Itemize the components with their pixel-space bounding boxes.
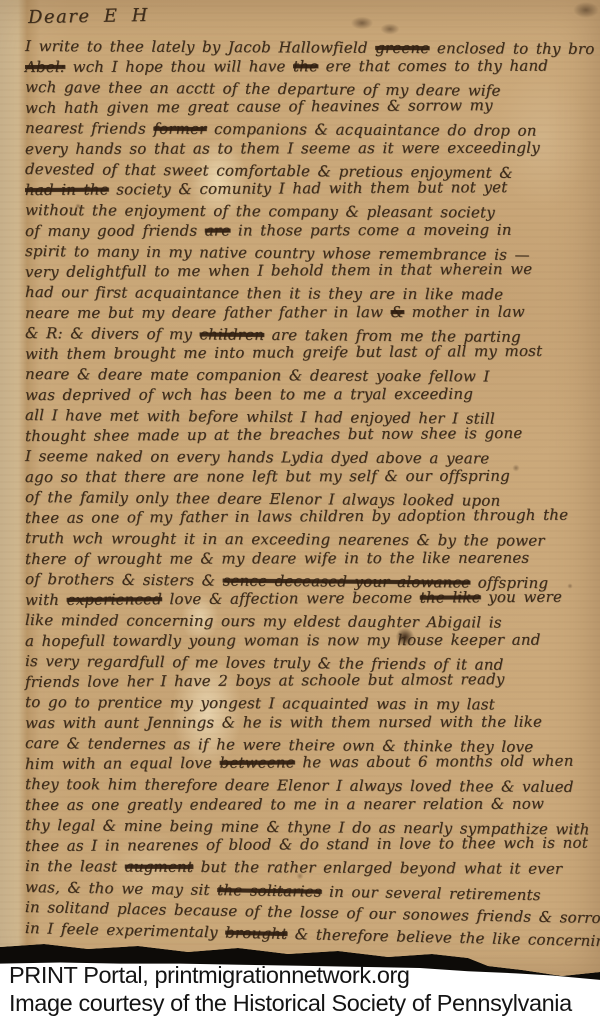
letter-paper: Deare E H I write to thee lately by Jaco… <box>0 0 600 980</box>
letter-text: very delightfull to me when I behold the… <box>25 259 532 280</box>
letter-text: neare me but my deare father father in l… <box>25 303 391 322</box>
letter-text: companions & acquaintance do drop on <box>207 120 537 140</box>
letter-line: thee as I in nearenes of blood & do stan… <box>25 832 597 856</box>
letter-text: neare & deare mate companion & dearest y… <box>25 365 490 385</box>
struck-text: the solitaries <box>217 881 322 901</box>
letter-line: a hopefull towardly young woman is now m… <box>25 629 597 651</box>
caption-text: PRINT Portal, printmigrationnetwork.org … <box>9 962 572 1017</box>
struck-text: the <box>293 57 318 75</box>
struck-text: had in the <box>25 180 109 199</box>
letter-text: they took him therefore deare Elenor I a… <box>25 775 574 796</box>
letter-text: you were <box>481 587 562 605</box>
letter-line: Abel: wch I hope thou will have the ere … <box>25 55 597 77</box>
letter-line: every hands so that as to them I seeme a… <box>25 137 597 159</box>
letter-line: in the least augment but the rather enla… <box>25 856 597 879</box>
letter-line: there of wrought me & my deare wife in t… <box>25 547 597 569</box>
letter-text: thee as I in nearenes of blood & do stan… <box>25 833 588 854</box>
struck-text: & <box>391 303 405 321</box>
letter-text: with <box>25 590 67 608</box>
letter-text: ago so that there are none left but my s… <box>25 466 510 485</box>
letter-line: was deprived of wch has been to me a try… <box>25 383 597 405</box>
letter-text: of brothers & sisters & <box>25 570 223 590</box>
struck-text: augment <box>125 858 193 876</box>
struck-text: experienced <box>67 590 163 609</box>
letter-line: with them brought me into much greife bu… <box>25 340 597 364</box>
letter-text: was, & tho we may sit <box>25 878 217 899</box>
letter-line: of many good friends are in those parts … <box>25 219 597 241</box>
letter-text: mother in law <box>404 302 525 320</box>
letter-lines: I write to thee lately by Jacob Hallowfi… <box>25 36 597 938</box>
letter-text: wch hath given me great cause of heavine… <box>25 96 493 117</box>
letter-text: nearest friends <box>25 119 153 138</box>
letter-text: was with aunt Jennings & he is with them… <box>25 712 542 731</box>
struck-text: brought <box>225 923 288 942</box>
letter-line: thee as one of my father in laws childre… <box>25 504 597 528</box>
letter-text: there of wrought me & my deare wife in t… <box>25 548 529 567</box>
letter-line: ago so that there are none left but my s… <box>25 465 597 487</box>
letter-text: love & affection were become <box>162 588 420 608</box>
letter-text: in I feele experimentaly <box>25 919 226 942</box>
letter-text: was deprived of wch has been to me a try… <box>25 384 473 403</box>
letter-text: in those parts come a moveing in <box>230 220 511 239</box>
struck-text: Abel: <box>25 57 65 75</box>
struck-text: betweene <box>220 753 295 771</box>
letter-text: he was about 6 months old when <box>295 751 574 771</box>
letter-text: without the enjoyment of the company & p… <box>25 201 495 221</box>
letter-line: neare me but my deare father father in l… <box>25 301 597 323</box>
caption-credit: Image courtesy of the Historical Society… <box>9 990 572 1018</box>
struck-text: are <box>205 221 231 239</box>
letter-text: with them brought me into much greife bu… <box>25 341 542 362</box>
letter-text: in our several retirements <box>322 882 541 903</box>
struck-text: the like <box>420 588 481 606</box>
letter-text: a hopefull towardly young woman is now m… <box>25 630 541 649</box>
letter-text: like minded concerning ours my eldest da… <box>25 611 502 631</box>
letter-text: every hands so that as to them I seeme a… <box>25 138 540 157</box>
letter-text: in the least <box>25 857 125 876</box>
letter-text: but the rather enlarged beyond what it e… <box>193 858 562 878</box>
letter-text: society & comunity I had with them but n… <box>109 178 508 198</box>
letter-line: had in the society & comunity I had with… <box>25 176 597 200</box>
letter-text: had our first acquaintance then it is th… <box>25 283 503 304</box>
letter-text: I seeme naked on every hands Lydia dyed … <box>25 447 489 467</box>
letter-text: & R: & divers of my <box>25 324 200 343</box>
letter-line: thee as one greatly endeared to me in a … <box>25 793 597 815</box>
letter-line: with experienced love & affection were b… <box>25 586 597 610</box>
letter-text: thought shee made up at the breaches but… <box>25 423 523 444</box>
letter-text: of many good friends <box>25 221 205 239</box>
letter-text: wch I hope thou will have <box>65 57 293 76</box>
struck-text: former <box>153 120 206 138</box>
letter-text: thee as one greatly endeared to me in a … <box>25 794 544 813</box>
caption-source: PRINT Portal, printmigrationnetwork.org <box>9 962 572 990</box>
letter-text: truth wch wrought it in an exceeding nea… <box>25 529 545 550</box>
letter-text: friends love her I have 2 boys at school… <box>25 670 505 691</box>
letter-scan: Deare E H I write to thee lately by Jaco… <box>0 0 600 1020</box>
letter-text: & therefore believe the like concerning <box>287 924 600 949</box>
letter-text: him with an equal love <box>25 753 220 772</box>
letter-text: thee as one of my father in laws childre… <box>25 505 568 526</box>
letter-text: I write to thee lately by Jacob Hallowfi… <box>25 37 375 57</box>
struck-text: greene <box>375 39 429 57</box>
letter-line: friends love her I have 2 boys at school… <box>25 668 597 692</box>
letter-line: very delightfull to me when I behold the… <box>25 258 597 282</box>
letter-line: wch hath given me great cause of heavine… <box>25 94 597 118</box>
letter-text: to go to prentice my yongest I acquainte… <box>25 693 495 713</box>
letter-line: thought shee made up at the breaches but… <box>25 422 597 446</box>
letter-salutation: Deare E H <box>28 5 149 28</box>
letter-text: ere that comes to thy hand <box>318 56 548 75</box>
struck-text: children <box>199 325 264 344</box>
letter-line: him with an equal love betweene he was a… <box>25 750 597 774</box>
letter-line: was with aunt Jennings & he is with them… <box>25 711 597 733</box>
